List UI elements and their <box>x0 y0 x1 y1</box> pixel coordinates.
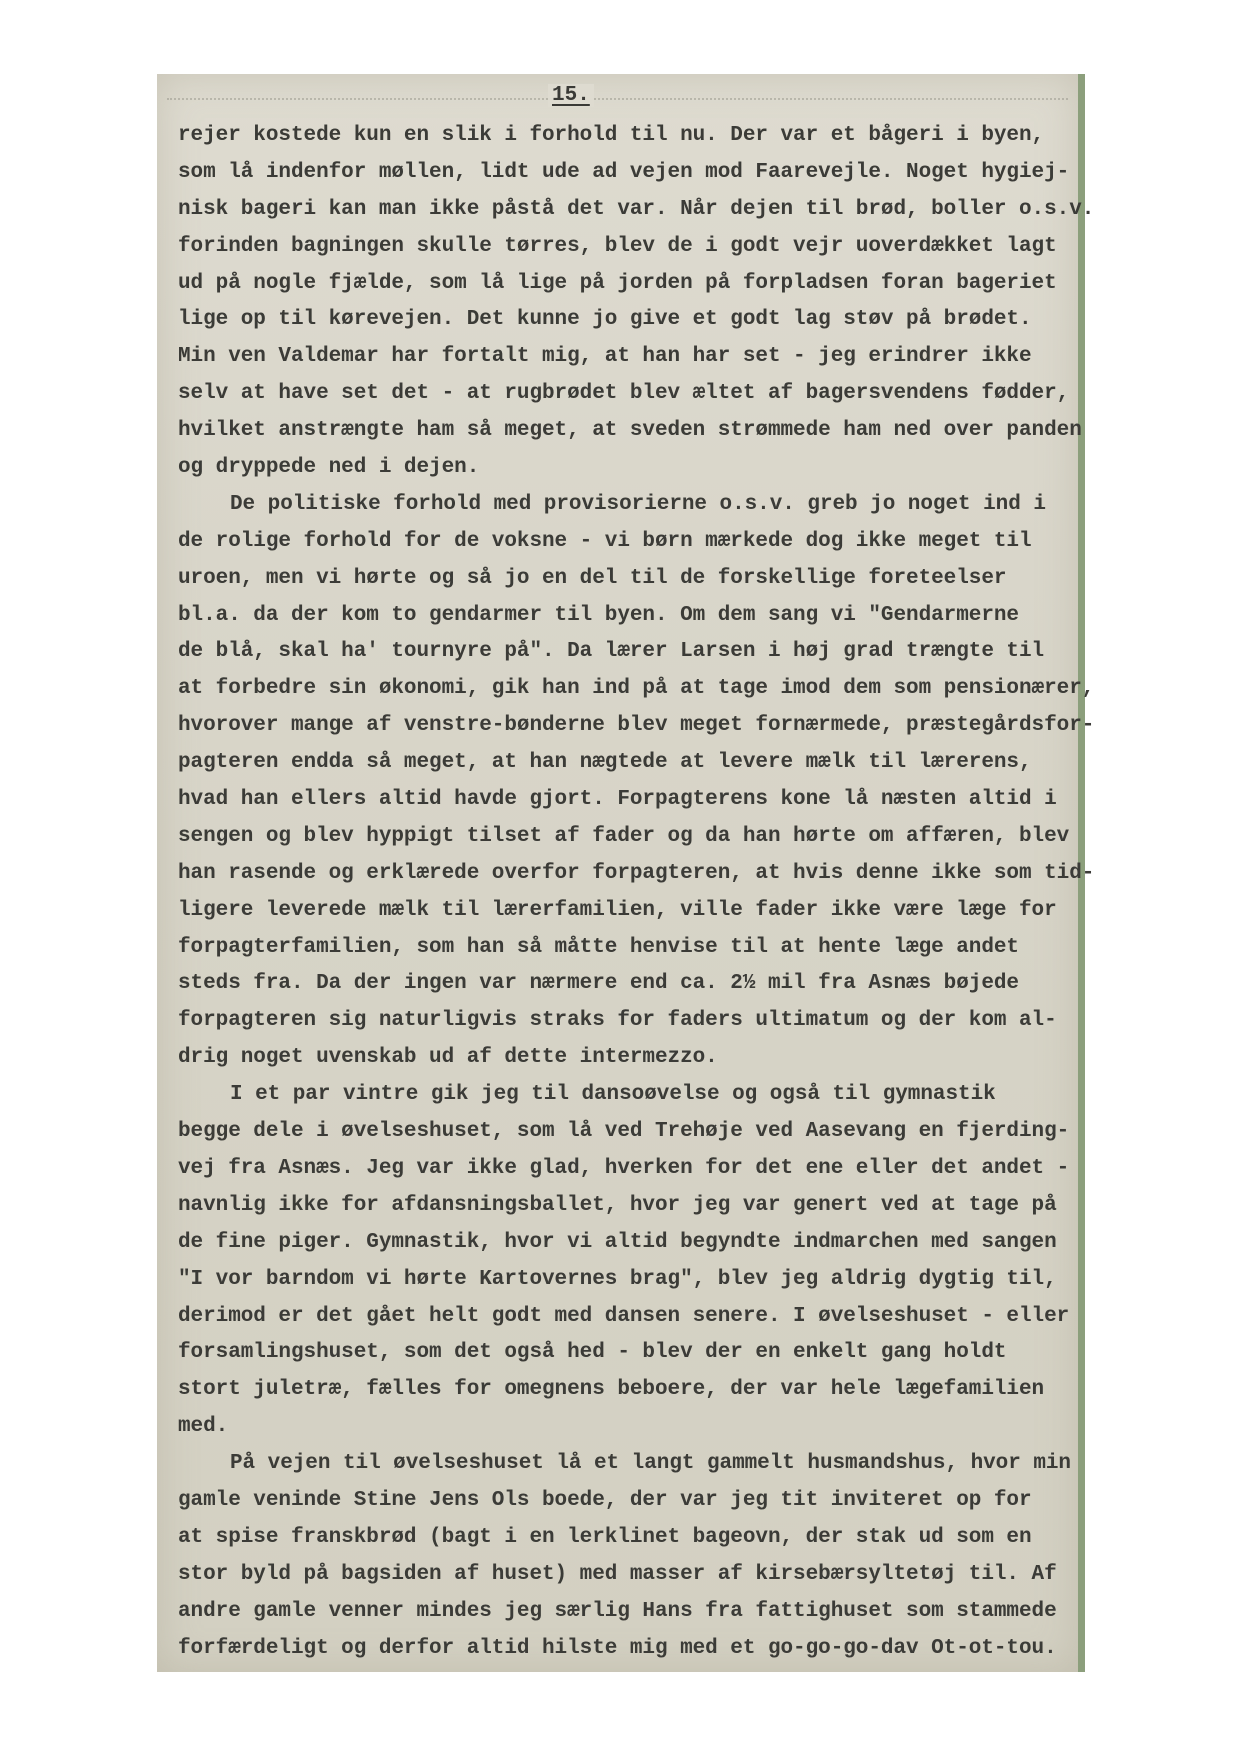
text-line: gamle veninde Stine Jens Ols boede, der … <box>178 1483 1078 1520</box>
text-line: forsamlingshuset, som det også hed - ble… <box>178 1335 1078 1372</box>
text-line: og dryppede ned i dejen. <box>178 450 1078 487</box>
text-line: som lå indenfor møllen, lidt ude ad veje… <box>178 155 1078 192</box>
text-line: nisk bageri kan man ikke påstå det var. … <box>178 192 1078 229</box>
text-line: pagteren endda så meget, at han nægtede … <box>178 745 1078 782</box>
text-line: derimod er det gået helt godt med dansen… <box>178 1299 1078 1336</box>
text-line: at spise franskbrød (bagt i en lerklinet… <box>178 1520 1078 1557</box>
text-line: bl.a. da der kom to gendarmer til byen. … <box>178 598 1078 635</box>
text-line: ud på nogle fjælde, som lå lige på jorde… <box>178 266 1078 303</box>
page-number: 15. <box>548 84 594 107</box>
text-line: han rasende og erklærede overfor forpagt… <box>178 856 1078 893</box>
text-line: de fine piger. Gymnastik, hvor vi altid … <box>178 1225 1078 1262</box>
text-line: drig noget uvenskab ud af dette intermez… <box>178 1040 1078 1077</box>
text-line: forfærdeligt og derfor altid hilste mig … <box>178 1631 1078 1668</box>
text-line: lige op til kørevejen. Det kunne jo give… <box>178 302 1078 339</box>
text-line: sengen og blev hyppigt tilset af fader o… <box>178 819 1078 856</box>
text-line: ligere leverede mælk til lærerfamilien, … <box>178 893 1078 930</box>
text-line: "I vor barndom vi hørte Kartovernes brag… <box>178 1262 1078 1299</box>
text-line: de rolige forhold for de voksne - vi bør… <box>178 524 1078 561</box>
text-line: vej fra Asnæs. Jeg var ikke glad, hverke… <box>178 1151 1078 1188</box>
dotted-rule <box>167 98 1068 100</box>
text-line: forpagteren sig naturligvis straks for f… <box>178 1003 1078 1040</box>
text-line: de blå, skal ha' tournyre på". Da lærer … <box>178 634 1078 671</box>
text-line: stort juletræ, fælles for omegnens beboe… <box>178 1372 1078 1409</box>
text-line: steds fra. Da der ingen var nærmere end … <box>178 966 1078 1003</box>
document-page: 15. rejer kostede kun en slik i forhold … <box>157 74 1085 1672</box>
text-line: hvilket anstrængte ham så meget, at sved… <box>178 413 1078 450</box>
text-line: forpagterfamilien, som han så måtte henv… <box>178 930 1078 967</box>
text-line: forinden bagningen skulle tørres, blev d… <box>178 229 1078 266</box>
text-line: De politiske forhold med provisorierne o… <box>178 487 1078 524</box>
body-text: rejer kostede kun en slik i forhold til … <box>178 118 1078 1667</box>
text-line: På vejen til øvelseshuset lå et langt ga… <box>178 1446 1078 1483</box>
text-line: selv at have set det - at rugbrødet blev… <box>178 376 1078 413</box>
text-line: stor byld på bagsiden af huset) med mass… <box>178 1557 1078 1594</box>
text-line: Min ven Valdemar har fortalt mig, at han… <box>178 339 1078 376</box>
text-line: I et par vintre gik jeg til dansoøvelse … <box>178 1077 1078 1114</box>
text-line: rejer kostede kun en slik i forhold til … <box>178 118 1078 155</box>
text-line: andre gamle venner mindes jeg særlig Han… <box>178 1594 1078 1631</box>
text-line: med. <box>178 1409 1078 1446</box>
text-line: navnlig ikke for afdansningsballet, hvor… <box>178 1188 1078 1225</box>
text-line: begge dele i øvelseshuset, som lå ved Tr… <box>178 1114 1078 1151</box>
text-line: hvad han ellers altid havde gjort. Forpa… <box>178 782 1078 819</box>
text-line: hvorover mange af venstre-bønderne blev … <box>178 708 1078 745</box>
text-line: at forbedre sin økonomi, gik han ind på … <box>178 671 1078 708</box>
text-line: uroen, men vi hørte og så jo en del til … <box>178 561 1078 598</box>
